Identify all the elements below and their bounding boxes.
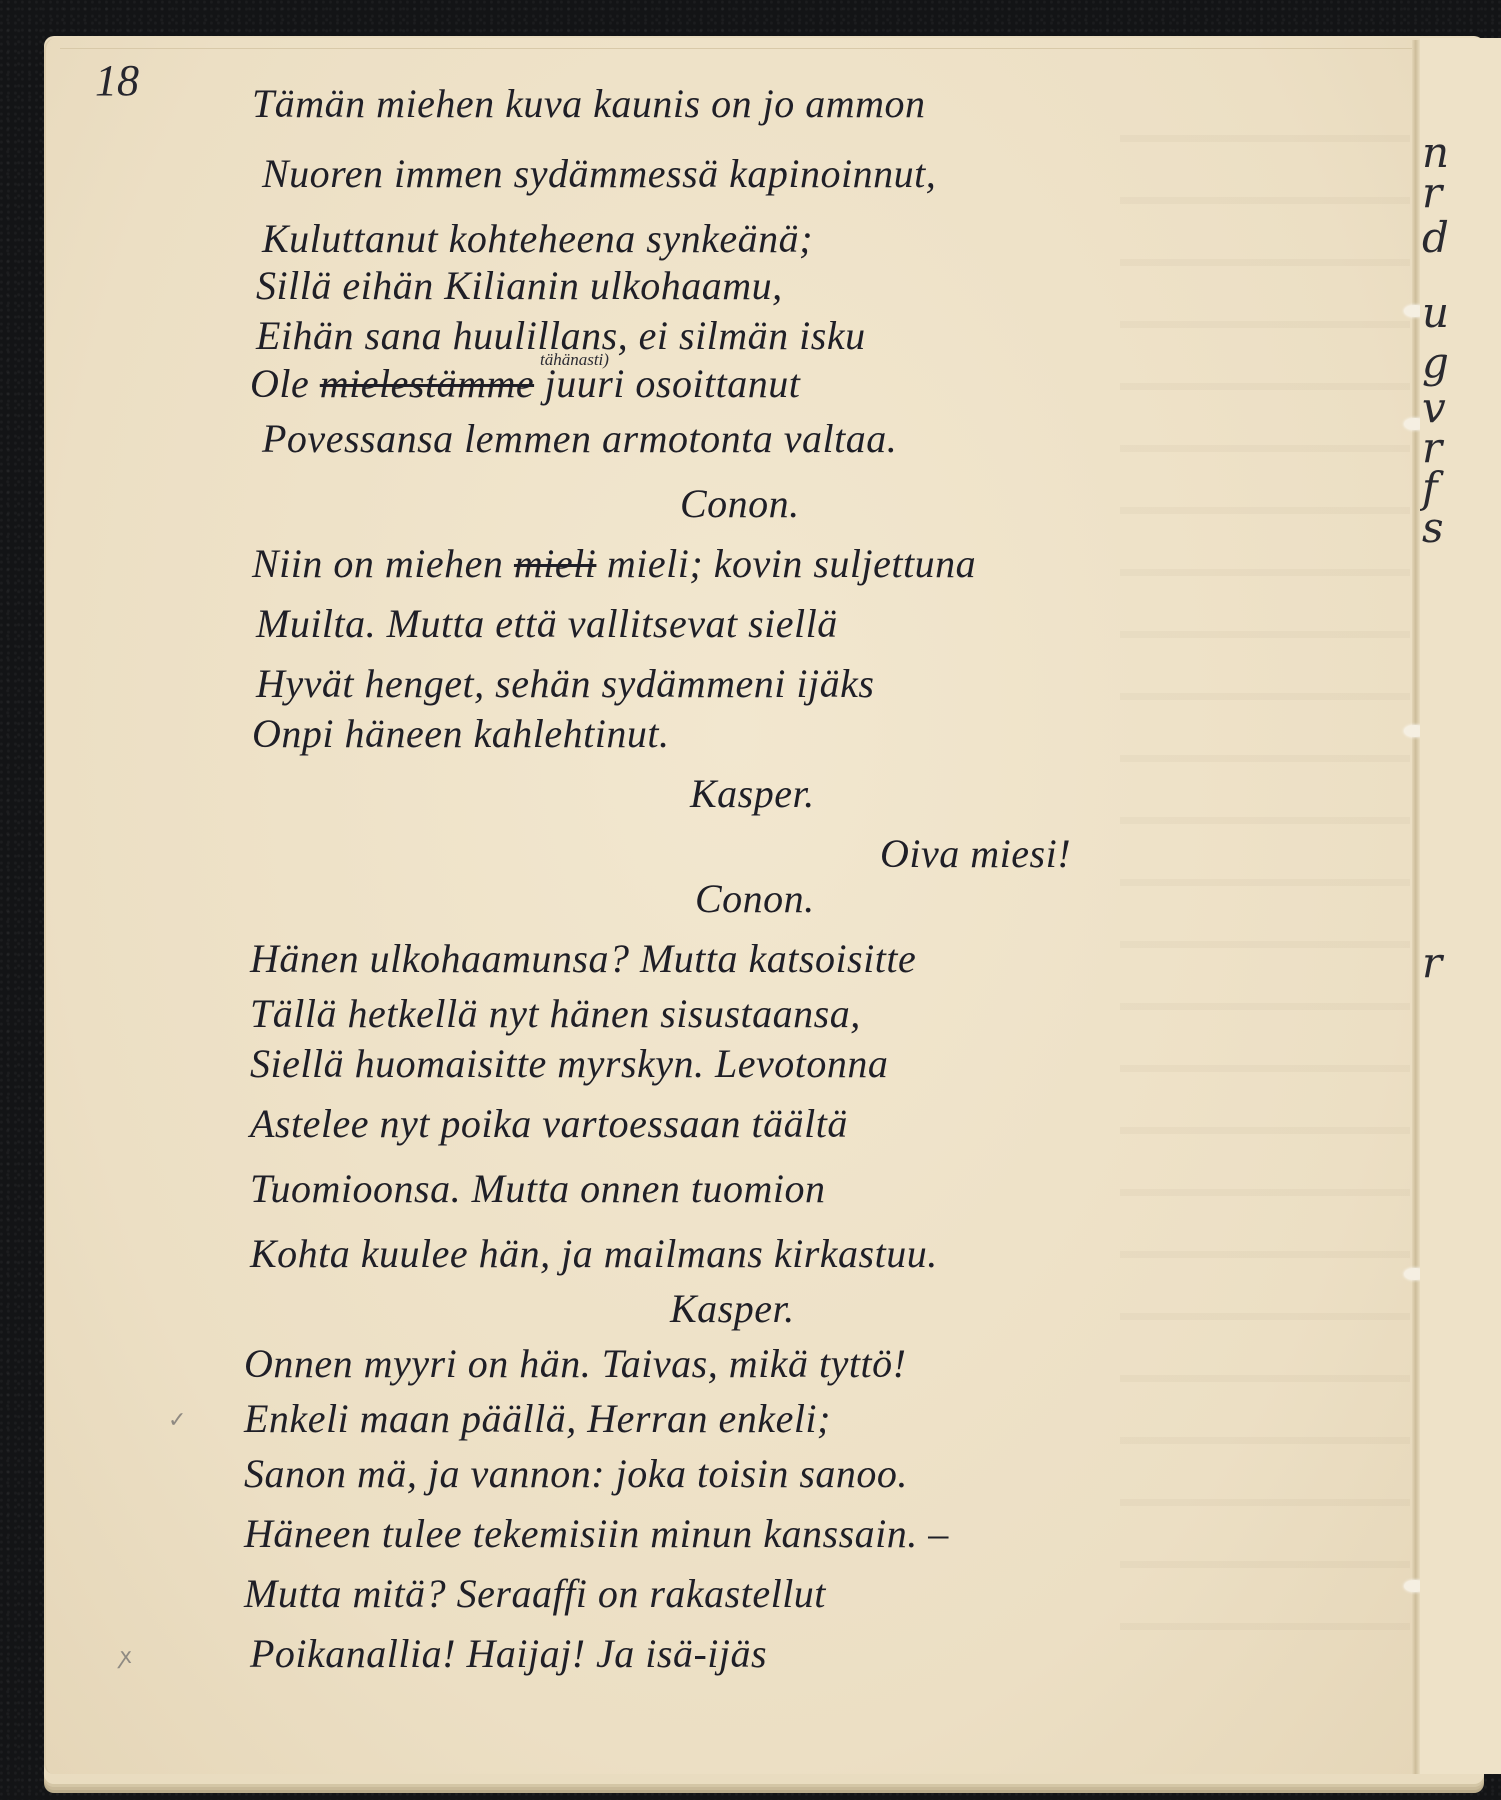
verse-line: Mutta mitä? Seraaffi on rakastellut — [244, 1570, 826, 1617]
verse-line-with-correction: Ole mielestämme juuri osoittanut — [250, 360, 800, 407]
verse-line: Hänen ulkohaamunsa? Mutta katsoisitte — [250, 935, 916, 982]
verse-text: Ole — [250, 361, 320, 406]
verse-line: Kuluttanut kohteheena synkeänä; — [262, 215, 813, 262]
facing-page-fragment: r — [1422, 168, 1442, 217]
verse-line: Tämän miehen kuva kaunis on jo ammon — [252, 80, 925, 127]
verse-line: Astelee nyt poika vartoessaan täältä — [250, 1100, 848, 1147]
facing-page-fragment: d — [1422, 213, 1449, 262]
verse-line: Tällä hetkellä nyt hänen sisustaansa, — [250, 990, 861, 1037]
verse-line: Tuomioonsa. Mutta onnen tuomion — [250, 1165, 826, 1212]
verse-line: Sanon mä, ja vannon: joka toisin sanoo. — [244, 1450, 908, 1497]
verse-line: Muilta. Mutta että vallitsevat siellä — [256, 600, 838, 647]
pencil-check-mark: ✓ — [168, 1408, 186, 1433]
interlinear-insertion: tähänasti) — [540, 350, 609, 370]
verse-line-indented: Oiva miesi! — [880, 830, 1071, 877]
verse-line: Enkeli maan päällä, Herran enkeli; — [244, 1395, 831, 1442]
page-number: 18 — [95, 55, 139, 106]
verse-line: Nuoren immen sydämmessä kapinoinnut, — [262, 150, 936, 197]
facing-page-fragment: s — [1422, 503, 1444, 552]
struck-word: mielestämme — [320, 361, 534, 406]
struck-word: mieli — [514, 541, 596, 586]
speaker-name: Kasper. — [690, 770, 815, 817]
facing-page-fragment: r — [1422, 938, 1442, 987]
verse-line: Sillä eihän Kilianin ulkohaamu, — [256, 262, 783, 309]
verse-line: Onpi häneen kahlehtinut. — [252, 710, 669, 757]
verse-line-with-correction: Niin on miehen mieli mieli; kovin suljet… — [252, 540, 976, 587]
bleed-through-text — [1120, 80, 1410, 1680]
facing-page: n r d u g v r f s r — [1420, 38, 1501, 1774]
verse-line: Poikanallia! Haijaj! Ja isä-ijäs — [250, 1630, 767, 1677]
verse-line: Kohta kuulee hän, ja mailmans kirkastuu. — [250, 1230, 938, 1277]
verse-text: mieli; kovin suljettuna — [596, 541, 976, 586]
verse-line: Povessansa lemmen armotonta valtaa. — [262, 415, 897, 462]
facing-page-fragment: g — [1422, 338, 1449, 387]
page-edge-line — [60, 48, 1420, 49]
speaker-name: Conon. — [680, 480, 800, 527]
verse-line: Onnen myyri on hän. Taivas, mikä tyttö! — [244, 1340, 906, 1387]
speaker-name: Kasper. — [670, 1285, 795, 1332]
facing-page-fragment: u — [1422, 288, 1449, 337]
speaker-name: Conon. — [695, 875, 815, 922]
verse-text: Niin on miehen — [252, 541, 514, 586]
verse-line: Häneen tulee tekemisiin minun kanssain. … — [244, 1510, 949, 1557]
pencil-cross-mark: ꭗ — [120, 1640, 132, 1670]
book-binding — [1412, 40, 1420, 1774]
verse-line: Hyvät henget, sehän sydämmeni ijäks — [256, 660, 874, 707]
verse-line: Siellä huomaisitte myrskyn. Levotonna — [250, 1040, 888, 1087]
